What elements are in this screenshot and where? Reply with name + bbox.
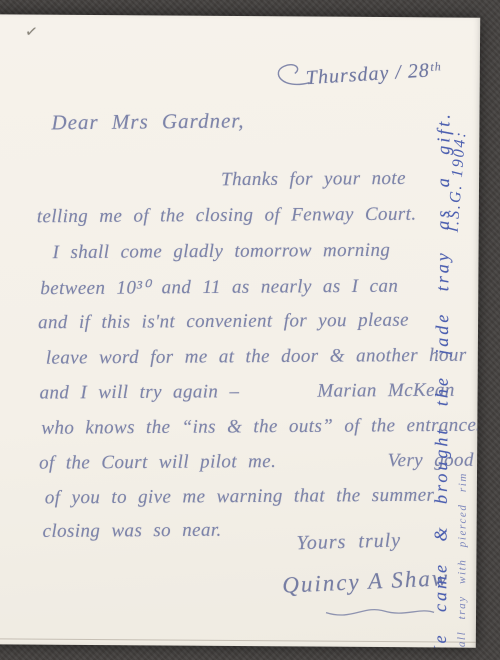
photograph-of-letter: { "photo": { "backdrop_color": "#454240"… <box>0 0 500 660</box>
salutation: Dear Mrs Gardner, <box>51 108 244 135</box>
pencil-check-mark: ✓ <box>24 22 39 43</box>
body-line: telling me of the closing of Fenway Cour… <box>37 204 417 229</box>
body-line: who knows the “ins & the outs” of the en… <box>41 415 480 440</box>
date-line: Thursday / 28ᵗʰ <box>305 59 441 90</box>
margin-annotation-secondary: small tray with pierced rim <box>456 333 470 648</box>
body-line: Thanks for your note <box>221 168 406 191</box>
signature: Quincy A Shaw <box>282 565 450 599</box>
body-line: and I will try again – Marian McKean <box>40 380 455 405</box>
margin-annotation-main: He came & brought the jade tray as a gif… <box>430 14 456 647</box>
closing-line: Yours truly <box>296 529 401 555</box>
body-line: leave word for me at the door & another … <box>46 345 467 370</box>
letter-paper: ✓ Thursday / 28ᵗʰ Dear Mrs Gardner, Than… <box>0 14 480 647</box>
signature-flourish-icon <box>320 603 440 622</box>
body-line: I shall come gladly tomorrow morning <box>52 240 390 264</box>
body-line: of you to give me warning that the summe… <box>45 485 435 510</box>
body-line: of the Court will pilot me. Very good <box>39 450 474 475</box>
body-line: closing was so near. <box>43 520 222 543</box>
body-line: between 10³⁰ and 11 as nearly as I can <box>40 275 398 300</box>
body-line: and if this is'nt convenient for you ple… <box>38 310 409 335</box>
paper-crease-line <box>0 638 476 642</box>
